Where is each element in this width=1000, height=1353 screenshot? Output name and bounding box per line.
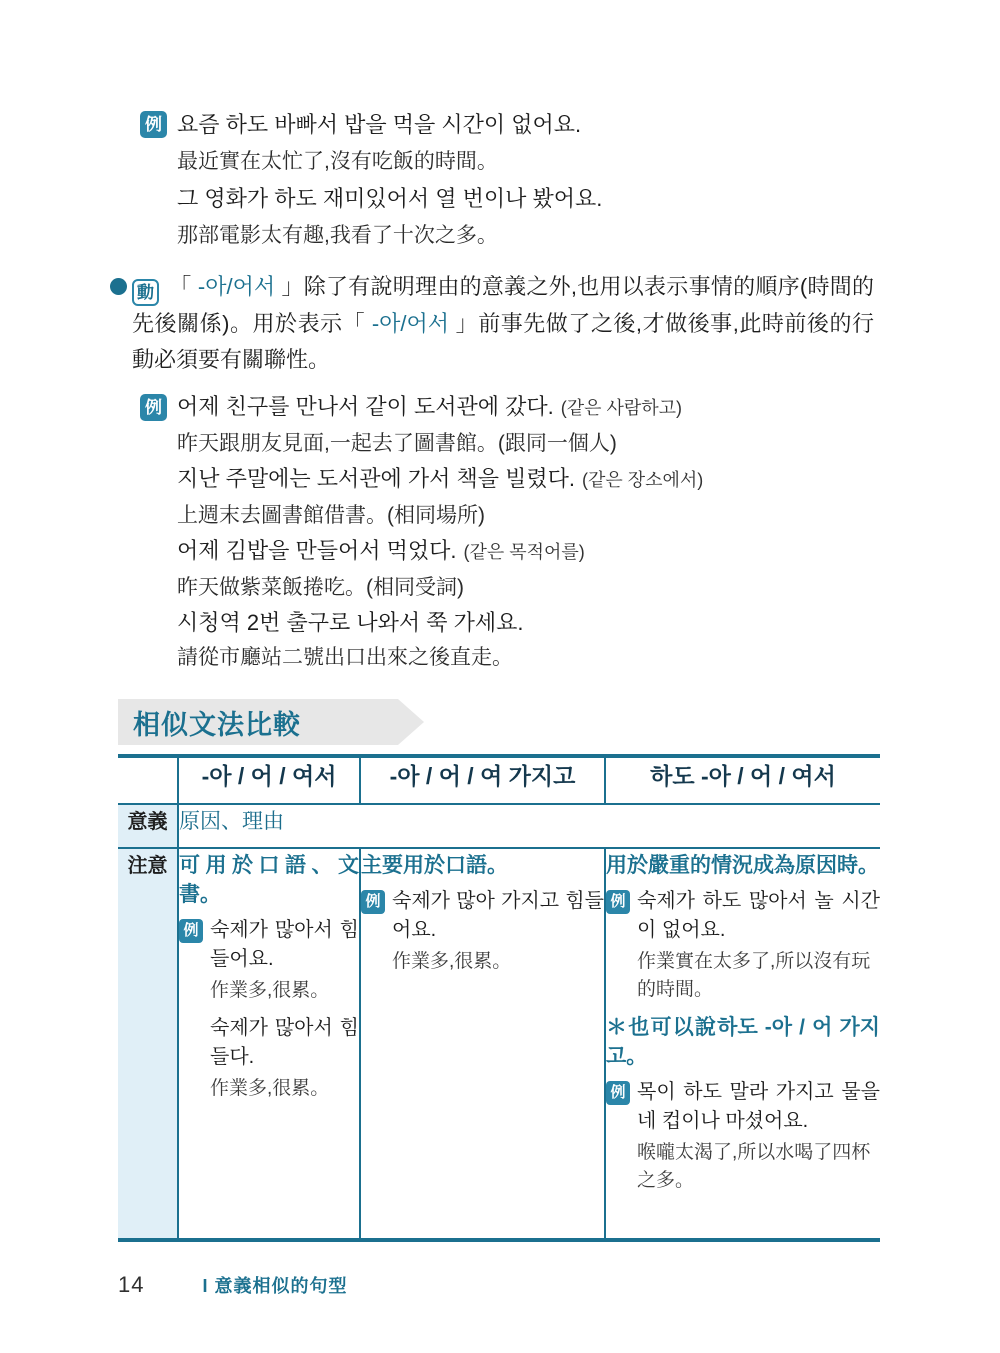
korean-sentence: 지난 주말에는 도서관에 가서 책을 빌렸다.(같은 장소에서) — [177, 461, 882, 498]
intro-example-block: 例 요즘 하도 바빠서 밥을 먹을 시간이 없어요.最近實在太忙了,沒有吃飯的時… — [140, 106, 882, 254]
korean-sentence: 어제 친구를 만나서 같이 도서관에 갔다.(같은 사람하고) — [177, 389, 882, 426]
context-annotation: (같은 사람하고) — [561, 398, 682, 418]
column-header-pattern-1: -아 / 어 / 여서 — [178, 756, 360, 804]
korean-sentence: 숙제가 하도 많아서 놀 시간이 없어요. — [637, 887, 880, 945]
context-annotation: (같은 장소에서) — [582, 470, 703, 490]
cell-example: 例숙제가 하도 많아서 놀 시간이 없어요.作業實在太多了,所以沒有玩的時間。 — [606, 887, 880, 1004]
sequence-example-block: 例 어제 친구를 만나서 같이 도서관에 갔다.(같은 사람하고)昨天跟朋友見面… — [140, 389, 882, 675]
chinese-translation: 請從市廳站二號出口出來之後直走。 — [177, 640, 882, 675]
column-header-pattern-3: 하도 -아 / 어 / 여서 — [605, 756, 880, 804]
textbook-page: 例 요즘 하도 바빠서 밥을 먹을 시간이 없어요.最近實在太忙了,沒有吃飯的時… — [0, 0, 1000, 1353]
example-badge-icon: 例 — [179, 919, 203, 943]
chinese-translation: 上週末去圖書館借書。(相同場所) — [177, 498, 882, 533]
grammar-pattern-text: -아/어서 — [198, 274, 275, 299]
table-corner-cell — [118, 756, 178, 804]
korean-sentence: 어제 김밥을 만들어서 먹었다.(같은 목적어를) — [177, 533, 882, 570]
example-badge-icon: 例 — [140, 394, 167, 421]
cell-example: 숙제가 많아서 힘들다.作業多,很累。 — [179, 1014, 359, 1103]
chinese-translation: 最近實在太忙了,沒有吃飯的時間。 — [177, 143, 882, 180]
usage-restriction-note: 可用於口語、文書。 — [179, 851, 359, 909]
chinese-translation: 作業實在太多了,所以沒有玩的時間。 — [637, 948, 880, 1004]
bullet-icon — [110, 278, 127, 295]
korean-sentence: 숙제가 많아 가지고 힘들어요. — [392, 887, 604, 945]
section-header-banner: 相似文法比較 — [118, 699, 424, 745]
example-badge-icon: 例 — [606, 1081, 630, 1105]
verb-badge-icon: 動 — [132, 279, 159, 306]
cell-example: 例숙제가 많아 가지고 힘들어요.作業多,很累。 — [361, 887, 604, 976]
grammar-comparison-table: -아 / 어 / 여서 -아 / 어 / 여 가지고 하도 -아 / 어 / 여… — [118, 754, 880, 1242]
korean-sentence: 목이 하도 말라 가지고 물을 네 컵이나 마셨어요. — [637, 1078, 880, 1136]
meaning-value: 原因、理由 — [178, 804, 880, 848]
chinese-translation: 那部電影太有趣,我看了十次之多。 — [177, 217, 882, 254]
chinese-translation: 作業多,很累。 — [210, 1075, 359, 1103]
example-badge-icon: 例 — [606, 890, 630, 914]
korean-sentence: 요즘 하도 바빠서 밥을 먹을 시간이 없어요. — [177, 106, 882, 143]
korean-sentence: 그 영화가 하도 재미있어서 열 번이나 봤어요. — [177, 180, 882, 217]
chinese-translation: 昨天做紫菜飯捲吃。(相同受詞) — [177, 570, 882, 605]
note-cell-pattern-2: 主要用於口語。例숙제가 많아 가지고 힘들어요.作業多,很累。 — [360, 848, 605, 1240]
korean-sentence: 숙제가 많아서 힘들어요. — [210, 916, 359, 974]
page-content: 例 요즘 하도 바빠서 밥을 먹을 시간이 없어요.最近實在太忙了,沒有吃飯的時… — [0, 0, 1000, 1242]
note-cell-pattern-3: 用於嚴重的情況成為原因時。例숙제가 하도 많아서 놀 시간이 없어요.作業實在太… — [605, 848, 880, 1240]
context-annotation: (같은 목적어를) — [463, 542, 584, 562]
usage-restriction-note: 用於嚴重的情況成為原因時。 — [606, 851, 880, 880]
korean-sentence: 시청역 2번 출구로 나와서 쭉 가세요. — [177, 605, 882, 640]
cell-example: 例숙제가 많아서 힘들어요.作業多,很累。 — [179, 916, 359, 1005]
row-label-note: 注意 — [118, 848, 178, 1240]
usage-note-text: 「 -아/어서 」除了有說明理由的意義之外,也用以表示事情的順序(時間的先後關係… — [132, 274, 874, 372]
chinese-translation: 作業多,很累。 — [392, 948, 604, 976]
note-cell-pattern-1: 可用於口語、文書。例숙제가 많아서 힘들어요.作業多,很累。숙제가 많아서 힘들… — [178, 848, 360, 1240]
chinese-translation: 作業多,很累。 — [210, 977, 359, 1005]
section-header-title: 相似文法比較 — [133, 703, 301, 742]
chinese-translation: 昨天跟朋友見面,一起去了圖書館。(跟同一個人) — [177, 426, 882, 461]
example-badge-icon: 例 — [361, 890, 385, 914]
example-badge-icon: 例 — [140, 111, 167, 138]
page-footer: 14 I 意義相似的句型 — [118, 1272, 348, 1298]
usage-note-segment: 「 — [169, 274, 198, 299]
chinese-translation: 喉嚨太渴了,所以水喝了四杯之多。 — [637, 1139, 880, 1195]
column-header-pattern-2: -아 / 어 / 여 가지고 — [360, 756, 605, 804]
usage-restriction-note: 主要用於口語。 — [361, 851, 604, 880]
page-number: 14 — [118, 1272, 144, 1298]
chapter-title: I 意義相似的句型 — [202, 1272, 347, 1298]
usage-note-paragraph: 動「 -아/어서 」除了有說明理由的意義之外,也用以表示事情的順序(時間的先後關… — [132, 269, 874, 378]
korean-sentence: 숙제가 많아서 힘들다. — [210, 1014, 359, 1072]
cell-example: 例목이 하도 말라 가지고 물을 네 컵이나 마셨어요.喉嚨太渴了,所以水喝了四… — [606, 1078, 880, 1195]
usage-restriction-note: ＊也可以說하도 -아 / 어 가지고。 — [606, 1013, 880, 1071]
row-label-meaning: 意義 — [118, 804, 178, 848]
grammar-pattern-text: -아/어서 — [372, 311, 449, 336]
